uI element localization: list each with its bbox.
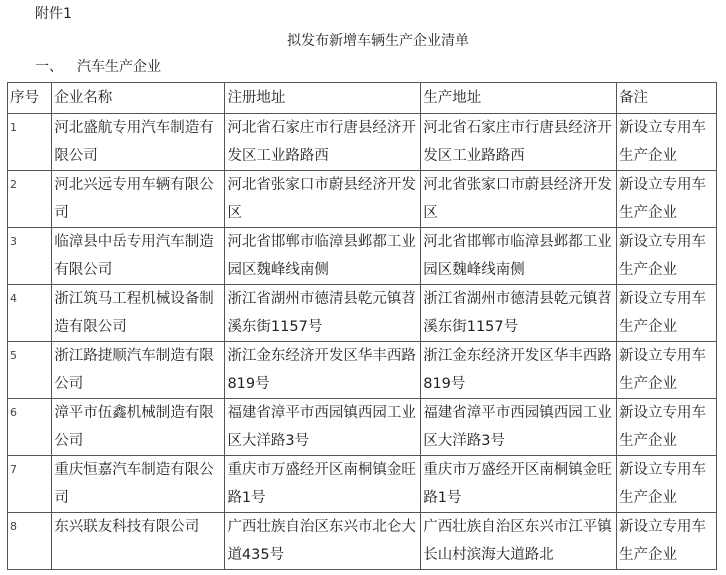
table-header-row: 序号 企业名称 注册地址 生产地址 备注 bbox=[8, 83, 717, 114]
cell-seq: 6 bbox=[8, 399, 52, 456]
cell-production-address: 福建省漳平市西园镇西园工业区大洋路3号 bbox=[421, 399, 617, 456]
cell-remark: 新设立专用车生产企业 bbox=[617, 456, 717, 513]
cell-production-address: 河北省张家口市蔚县经济开发区 bbox=[421, 171, 617, 228]
table-row: 5 浙江路捷顺汽车制造有限公司 浙江金东经济开发区华丰西路819号 浙江金东经济… bbox=[8, 342, 717, 399]
attachment-label: 附件1 bbox=[35, 4, 72, 24]
header-company-name: 企业名称 bbox=[52, 83, 225, 114]
cell-production-address: 浙江省湖州市德清县乾元镇苕溪东街1157号 bbox=[421, 285, 617, 342]
section-heading: 一、汽车生产企业 bbox=[35, 57, 161, 77]
cell-production-address: 河北省石家庄市行唐县经济开发区工业路路西 bbox=[421, 114, 617, 171]
cell-seq: 8 bbox=[8, 513, 52, 570]
table-row: 8 东兴联友科技有限公司 广西壮族自治区东兴市北仑大道435号 广西壮族自治区东… bbox=[8, 513, 717, 570]
enterprise-table: 序号 企业名称 注册地址 生产地址 备注 1 河北盛航专用汽车制造有限公司 河北… bbox=[7, 82, 717, 570]
cell-remark: 新设立专用车生产企业 bbox=[617, 171, 717, 228]
cell-remark: 新设立专用车生产企业 bbox=[617, 285, 717, 342]
cell-remark: 新设立专用车生产企业 bbox=[617, 399, 717, 456]
cell-production-address: 浙江金东经济开发区华丰西路819号 bbox=[421, 342, 617, 399]
cell-remark: 新设立专用车生产企业 bbox=[617, 228, 717, 285]
cell-registered-address: 河北省石家庄市行唐县经济开发区工业路路西 bbox=[225, 114, 421, 171]
cell-seq: 2 bbox=[8, 171, 52, 228]
cell-remark: 新设立专用车生产企业 bbox=[617, 114, 717, 171]
cell-seq: 5 bbox=[8, 342, 52, 399]
document-title: 拟发布新增车辆生产企业清单 bbox=[0, 31, 726, 51]
header-production-address: 生产地址 bbox=[421, 83, 617, 114]
cell-seq: 7 bbox=[8, 456, 52, 513]
header-remark: 备注 bbox=[617, 83, 717, 114]
header-registered-address: 注册地址 bbox=[225, 83, 421, 114]
cell-registered-address: 重庆市万盛经开区南桐镇金旺路1号 bbox=[225, 456, 421, 513]
header-seq: 序号 bbox=[8, 83, 52, 114]
cell-seq: 4 bbox=[8, 285, 52, 342]
table-row: 3 临漳县中岳专用汽车制造有限公司 河北省邯郸市临漳县邺都工业园区魏峰线南侧 河… bbox=[8, 228, 717, 285]
cell-production-address: 广西壮族自治区东兴市江平镇长山村滨海大道路北 bbox=[421, 513, 617, 570]
cell-registered-address: 福建省漳平市西园镇西园工业区大洋路3号 bbox=[225, 399, 421, 456]
cell-company-name: 河北盛航专用汽车制造有限公司 bbox=[52, 114, 225, 171]
section-number: 一、 bbox=[35, 59, 63, 75]
cell-company-name: 临漳县中岳专用汽车制造有限公司 bbox=[52, 228, 225, 285]
table-row: 1 河北盛航专用汽车制造有限公司 河北省石家庄市行唐县经济开发区工业路路西 河北… bbox=[8, 114, 717, 171]
cell-company-name: 浙江路捷顺汽车制造有限公司 bbox=[52, 342, 225, 399]
cell-company-name: 浙江筑马工程机械设备制造有限公司 bbox=[52, 285, 225, 342]
cell-registered-address: 河北省邯郸市临漳县邺都工业园区魏峰线南侧 bbox=[225, 228, 421, 285]
cell-registered-address: 河北省张家口市蔚县经济开发区 bbox=[225, 171, 421, 228]
cell-company-name: 漳平市伍鑫机械制造有限公司 bbox=[52, 399, 225, 456]
cell-production-address: 重庆市万盛经开区南桐镇金旺路1号 bbox=[421, 456, 617, 513]
cell-registered-address: 浙江省湖州市德清县乾元镇苕溪东街1157号 bbox=[225, 285, 421, 342]
cell-remark: 新设立专用车生产企业 bbox=[617, 513, 717, 570]
cell-registered-address: 广西壮族自治区东兴市北仑大道435号 bbox=[225, 513, 421, 570]
table-row: 6 漳平市伍鑫机械制造有限公司 福建省漳平市西园镇西园工业区大洋路3号 福建省漳… bbox=[8, 399, 717, 456]
cell-remark: 新设立专用车生产企业 bbox=[617, 342, 717, 399]
cell-company-name: 河北兴远专用车辆有限公司 bbox=[52, 171, 225, 228]
cell-registered-address: 浙江金东经济开发区华丰西路819号 bbox=[225, 342, 421, 399]
cell-seq: 1 bbox=[8, 114, 52, 171]
cell-seq: 3 bbox=[8, 228, 52, 285]
section-heading-text: 汽车生产企业 bbox=[77, 59, 161, 75]
cell-company-name: 东兴联友科技有限公司 bbox=[52, 513, 225, 570]
table-row: 4 浙江筑马工程机械设备制造有限公司 浙江省湖州市德清县乾元镇苕溪东街1157号… bbox=[8, 285, 717, 342]
table-row: 7 重庆恒嘉汽车制造有限公司 重庆市万盛经开区南桐镇金旺路1号 重庆市万盛经开区… bbox=[8, 456, 717, 513]
table-row: 2 河北兴远专用车辆有限公司 河北省张家口市蔚县经济开发区 河北省张家口市蔚县经… bbox=[8, 171, 717, 228]
cell-production-address: 河北省邯郸市临漳县邺都工业园区魏峰线南侧 bbox=[421, 228, 617, 285]
cell-company-name: 重庆恒嘉汽车制造有限公司 bbox=[52, 456, 225, 513]
